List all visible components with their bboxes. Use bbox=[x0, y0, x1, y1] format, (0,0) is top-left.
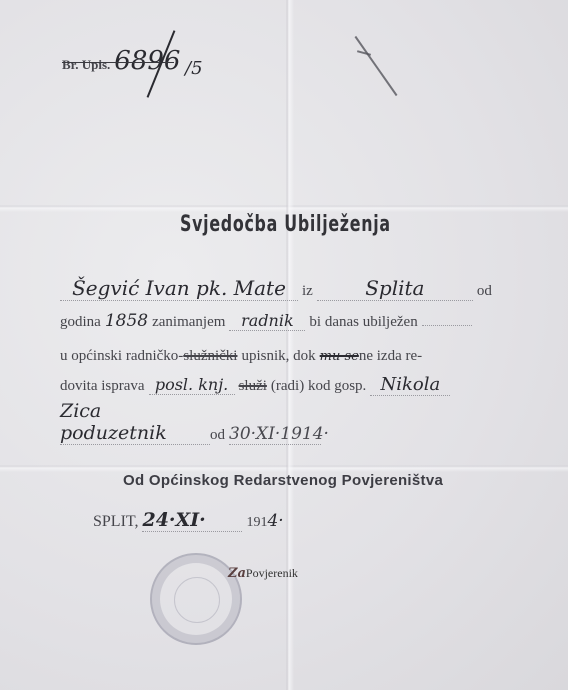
registration-label: Br. Upis. bbox=[62, 57, 110, 72]
dotted-fill bbox=[422, 325, 472, 326]
birth-year-field: 1858 bbox=[105, 311, 148, 331]
registration-number-value: 6896 bbox=[114, 46, 180, 76]
text-godina: godina bbox=[60, 314, 101, 330]
text-opcinski: u općinski radničko- bbox=[60, 348, 183, 364]
body-line-4: dovita isprava posl. knj. služi (radi) k… bbox=[60, 374, 540, 396]
issue-year-digit: 4· bbox=[267, 511, 283, 531]
document-paper bbox=[0, 0, 568, 690]
body-line-2: godina 1858 zanimanjem radnik bi danas u… bbox=[60, 311, 520, 331]
employer-field: Nikola bbox=[370, 374, 450, 396]
registration-fraction: /5 bbox=[185, 58, 203, 79]
seal-inner-ring bbox=[174, 577, 220, 623]
text-isprava: dovita isprava bbox=[60, 378, 145, 394]
issue-year-printed: 191 bbox=[246, 515, 267, 530]
text-izda: ne izda re- bbox=[359, 348, 422, 364]
text-zanimanjem: zanimanjem bbox=[152, 314, 225, 330]
body-line-5: Zica poduzetnikod 30·XI·1914· bbox=[60, 400, 540, 445]
issuing-office: Od Općinskog Redarstvenog Povjereništva bbox=[123, 472, 443, 489]
place-field: Splita bbox=[317, 276, 473, 301]
city: SPLIT, bbox=[93, 513, 138, 530]
name-field: Šegvić Ivan pk. Mate bbox=[60, 276, 298, 301]
body-line-1: Šegvić Ivan pk. Mate iz Splita od bbox=[60, 276, 520, 301]
signature-prefix: Za bbox=[228, 566, 246, 581]
text-od: od bbox=[477, 283, 492, 299]
text-iz: iz bbox=[302, 283, 313, 299]
text-kod-gosp: (radi) kod gosp. bbox=[271, 378, 366, 394]
body-line-3: u općinski radničko-služnički upisnik, d… bbox=[60, 347, 530, 365]
struck-sluzi: služi bbox=[239, 378, 267, 394]
text-od-date: od bbox=[210, 427, 225, 443]
registration-underline bbox=[62, 62, 174, 63]
signature-label: Povjerenik bbox=[246, 566, 298, 580]
text-registered: bi danas ubilježen bbox=[309, 314, 417, 330]
document-title: Svjedočba Ubilježenja bbox=[180, 212, 391, 237]
struck-handwritten: mu se bbox=[320, 349, 359, 364]
employer-continued-field: Zica poduzetnik bbox=[60, 400, 210, 445]
signature-line: ZaPovjerenik bbox=[228, 564, 298, 582]
text-upisnik: upisnik, dok bbox=[241, 348, 315, 364]
document-type-field: posl. knj. bbox=[149, 375, 235, 395]
occupation-field: radnik bbox=[229, 311, 305, 331]
place-date: SPLIT, 24·XI· 1914· bbox=[93, 509, 284, 532]
issue-day-month: 24·XI· bbox=[142, 509, 242, 532]
employment-date-field: 30·XI·1914· bbox=[229, 424, 321, 445]
struck-sluznicki: služnički bbox=[183, 348, 237, 364]
